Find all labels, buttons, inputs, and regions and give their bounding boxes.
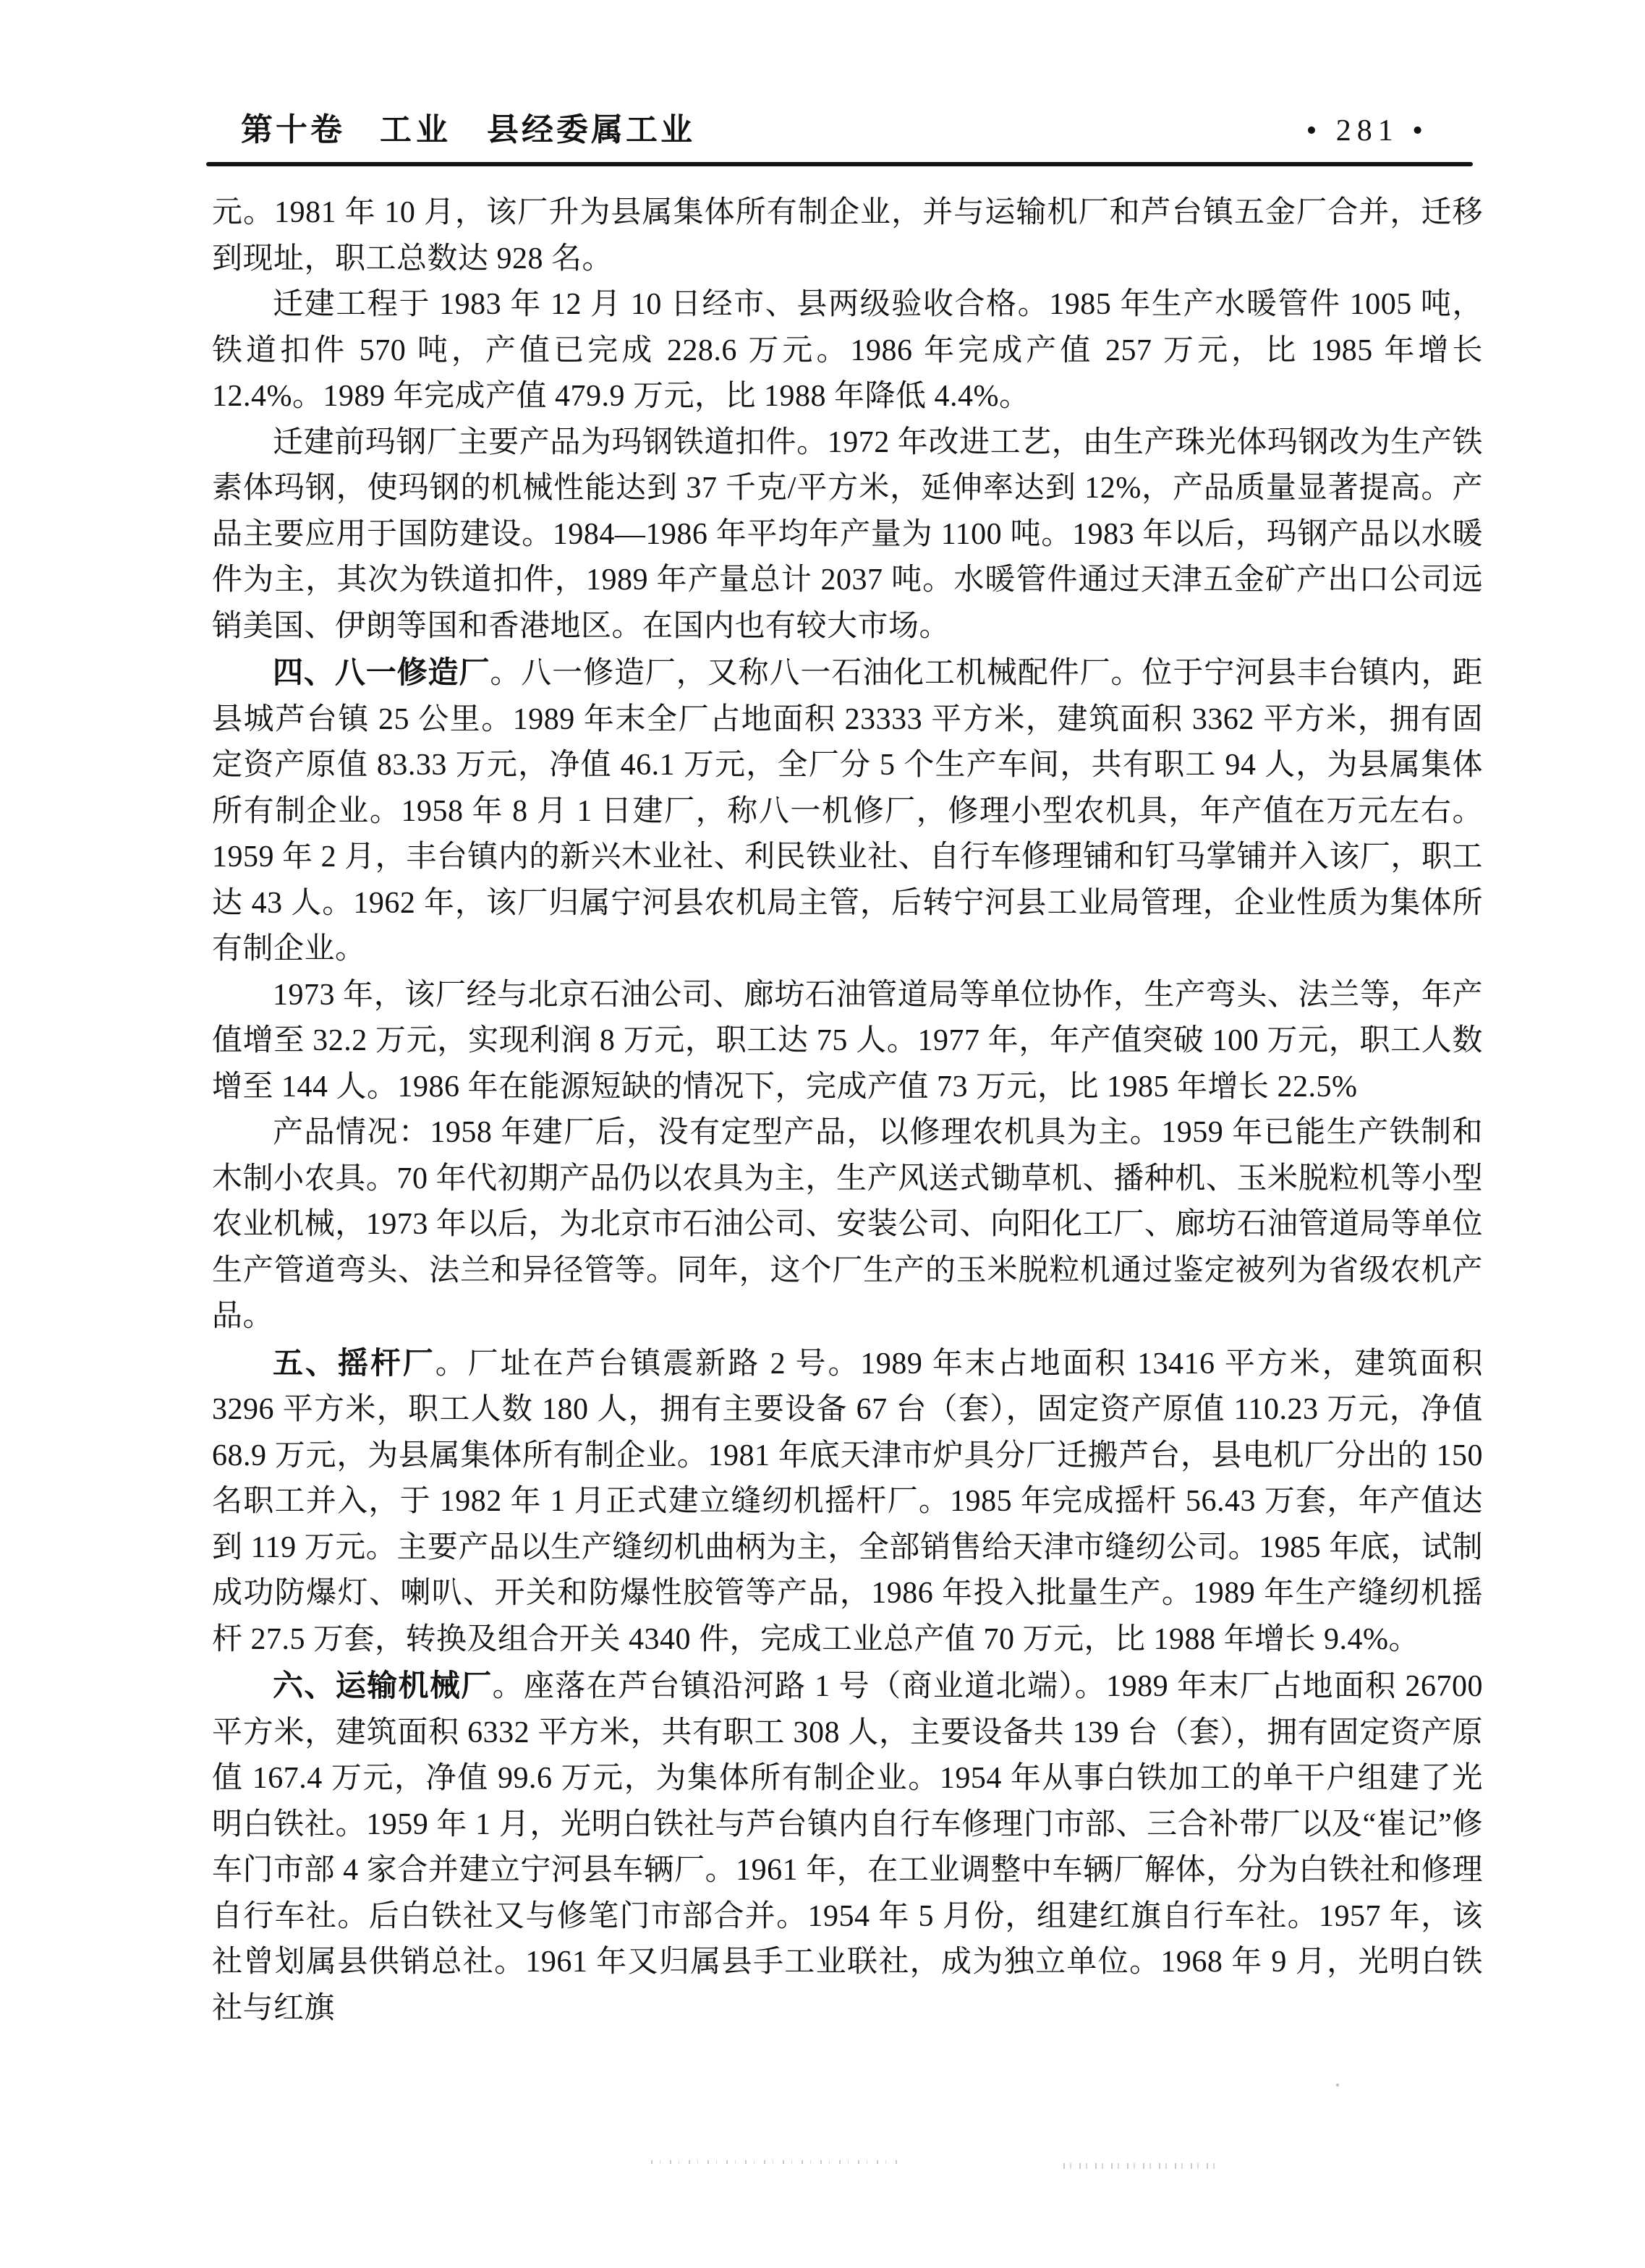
header-rule xyxy=(206,162,1473,166)
para-magang-products: 迁建前玛钢厂主要产品为玛钢铁道扣件。1972 年改进工艺，由生产珠光体玛钢改为生… xyxy=(212,420,1483,650)
para-text: 。座落在芦台镇沿河路 1 号（商业道北端）。1989 年末厂占地面积 26700… xyxy=(212,1670,1483,2025)
scan-smudge xyxy=(1063,2163,1219,2169)
document-page: 第十卷 工业 县经委属工业 • 281 • 元。1981 年 10 月，该厂升为… xyxy=(0,0,1645,2268)
page-number: • 281 • xyxy=(1306,109,1429,153)
scan-smudge xyxy=(651,2160,901,2164)
para-product-overview: 产品情况：1958 年建厂后，没有定型产品，以修理农机具为主。1959 年已能生… xyxy=(212,1110,1483,1340)
scan-speck xyxy=(1336,2084,1339,2086)
para-section-4-bayi-repair-factory: 四、八一修造厂。八一修造厂，又称八一石油化工机械配件厂。位于宁河县丰台镇内，距县… xyxy=(212,649,1483,973)
section-6-heading: 六、运输机械厂 xyxy=(273,1668,493,1702)
para-text: 元。1981 年 10 月，该厂升为县属集体所有制企业，并与运输机厂和芦台镇五金… xyxy=(212,196,1483,276)
section-5-heading: 五、摇杆厂 xyxy=(273,1346,435,1380)
para-relocation-acceptance: 迁建工程于 1983 年 12 月 10 日经市、县两级验收合格。1985 年生… xyxy=(212,282,1483,420)
para-section-6-transport-machinery-factory: 六、运输机械厂。座落在芦台镇沿河路 1 号（商业道北端）。1989 年末厂占地面… xyxy=(212,1663,1483,2032)
chapter-label: 工业 xyxy=(380,108,452,152)
volume-label: 第十卷 xyxy=(241,108,345,152)
section-4-heading: 四、八一修造厂 xyxy=(273,655,490,689)
section-label: 县经委属工业 xyxy=(487,108,695,152)
running-title: 第十卷 工业 县经委属工业 xyxy=(241,108,695,152)
para-text: 产品情况：1958 年建厂后，没有定型产品，以修理农机具为主。1959 年已能生… xyxy=(212,1116,1483,1333)
para-1973-cooperation: 1973 年，该厂经与北京石油公司、廊坊石油管道局等单位协作，生产弯头、法兰等，… xyxy=(212,973,1483,1111)
para-text: 迁建工程于 1983 年 12 月 10 日经市、县两级验收合格。1985 年生… xyxy=(212,288,1483,413)
page-header: 第十卷 工业 县经委属工业 • 281 • xyxy=(212,108,1483,152)
body-text: 元。1981 年 10 月，该厂升为县属集体所有制企业，并与运输机厂和芦台镇五金… xyxy=(212,190,1483,2032)
para-section-5-rocker-arm-factory: 五、摇杆厂。厂址在芦台镇震新路 2 号。1989 年末占地面积 13416 平方… xyxy=(212,1340,1483,1663)
para-continuation: 元。1981 年 10 月，该厂升为县属集体所有制企业，并与运输机厂和芦台镇五金… xyxy=(212,190,1483,282)
para-text: 1973 年，该厂经与北京石油公司、廊坊石油管道局等单位协作，生产弯头、法兰等，… xyxy=(212,979,1483,1104)
para-text: 。厂址在芦台镇震新路 2 号。1989 年末占地面积 13416 平方米，建筑面… xyxy=(212,1347,1483,1656)
para-text: 迁建前玛钢厂主要产品为玛钢铁道扣件。1972 年改进工艺，由生产珠光体玛钢改为生… xyxy=(212,426,1483,643)
para-text: 。八一修造厂，又称八一石油化工机械配件厂。位于宁河县丰台镇内，距县城芦台镇 25… xyxy=(212,657,1483,965)
